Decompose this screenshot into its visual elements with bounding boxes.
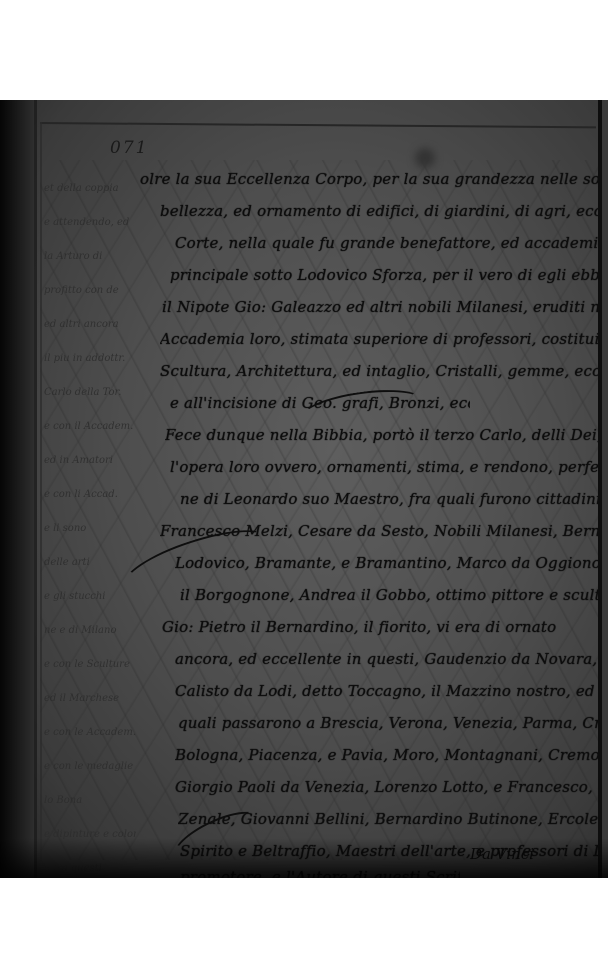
scan-bottom-shadow <box>0 838 608 878</box>
manuscript-line: l'opera loro ovvero, ornamenti, stima, e… <box>170 458 598 476</box>
manuscript-line: Accademia loro, stimata superiore di pro… <box>160 330 598 348</box>
manuscript-line: Fece dunque nella Bibbia, portò il terzo… <box>165 426 598 444</box>
manuscript-line: bellezza, ed ornamento di edifici, di gi… <box>160 202 598 220</box>
manuscript-line: Gio: Pietro il Bernardino, il fiorito, v… <box>162 618 598 636</box>
manuscript-line: Calisto da Lodi, detto Toccagno, il Mazz… <box>175 682 598 700</box>
manuscript-line: Scultura, Architettura, ed intaglio, Cri… <box>160 362 598 380</box>
manuscript-line: Giorgio Paoli da Venezia, Lorenzo Lotto,… <box>175 778 598 796</box>
manuscript-body: olre la sua Eccellenza Corpo, per la sua… <box>0 100 608 878</box>
manuscript-scan: 071 et della coppiae attendendo, edla Ar… <box>0 100 608 878</box>
manuscript-line: olre la sua Eccellenza Corpo, per la sua… <box>140 170 598 188</box>
manuscript-line: quali passarono a Brescia, Verona, Venez… <box>178 714 598 732</box>
manuscript-line: Corte, nella quale fu grande benefattore… <box>175 234 598 252</box>
manuscript-line: principale sotto Lodovico Sforza, per il… <box>170 266 598 284</box>
manuscript-line: ancora, ed eccellente in questi, Gaudenz… <box>175 650 598 668</box>
manuscript-line: ne di Leonardo suo Maestro, fra quali fu… <box>180 490 598 508</box>
manuscript-line: il Borgognone, Andrea il Gobbo, ottimo p… <box>180 586 598 604</box>
manuscript-line: il Nipote Gio: Galeazzo ed altri nobili … <box>162 298 598 316</box>
manuscript-line: Bologna, Piacenza, e Pavia, Moro, Montag… <box>175 746 598 764</box>
